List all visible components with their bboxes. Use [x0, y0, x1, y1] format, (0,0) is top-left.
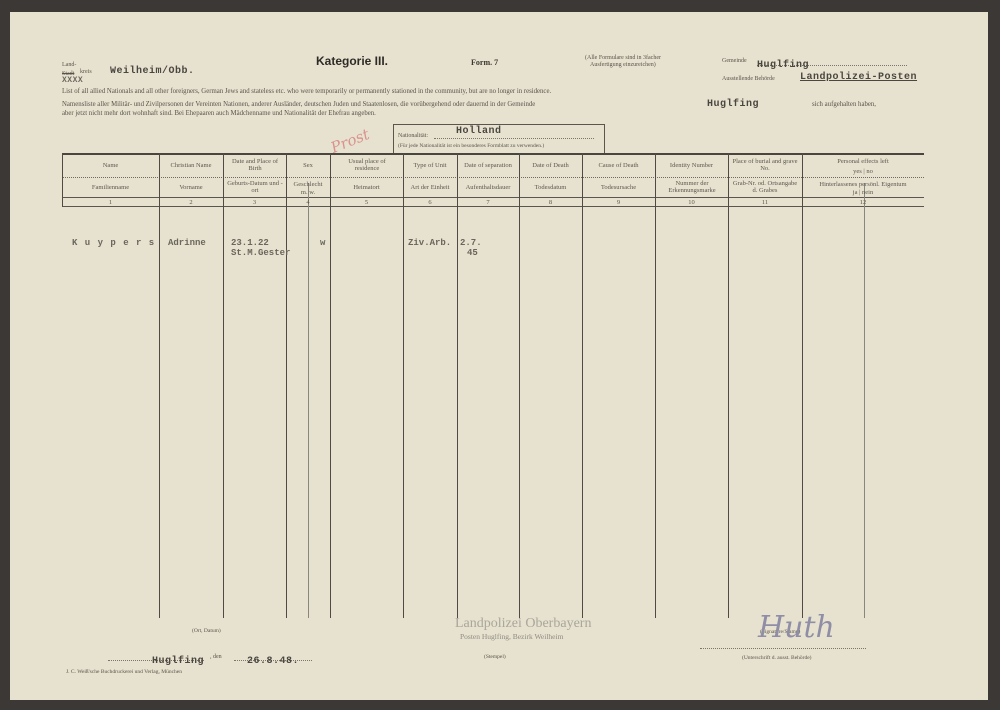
col-9-en: Cause of Death [582, 162, 655, 169]
stamp-line-1: Landpolizei Oberbayern [455, 616, 591, 632]
cell-date-line2: 45 [467, 248, 478, 258]
printer-imprint: J. C. Weiß'sche Buchdruckerei und Verlag… [66, 669, 182, 675]
col-7-en: Date of separation [457, 162, 519, 169]
col-12-num: 12 [802, 199, 924, 206]
gemeinde-value: Huglfing [757, 60, 809, 71]
intro-german-1-end: sich aufgehalten haben, [812, 101, 876, 108]
landkreis-overtype: XXXX [62, 76, 83, 85]
col-11-num: 11 [728, 199, 802, 206]
col-5-de: Heimatort [330, 184, 403, 191]
col-12-de: Hinterlassenes persönl. Eigentum [802, 181, 924, 188]
col-1-de: Familienname [62, 184, 159, 191]
copies-note-1: (Alle Formulare sind in 3facher [585, 55, 661, 61]
register-table: Name Familienname 1 Christian Name Vorna… [62, 153, 924, 618]
col-10-num: 10 [655, 199, 728, 206]
col-border-6 [457, 153, 458, 618]
cell-sex: w [320, 238, 325, 248]
col-6-num: 6 [403, 199, 457, 206]
col-3-de: Geburts-Datum und -ort [227, 180, 283, 194]
stamp-label: (Stempel) [484, 654, 506, 660]
cell-name: K u y p e r s [72, 238, 155, 248]
cell-birth-place: St.M.Gester [231, 248, 290, 258]
table-number-row-bottom [62, 206, 924, 207]
landkreis-label-kreis: kreis [80, 69, 92, 75]
col-9-num: 9 [582, 199, 655, 206]
col-border-1 [159, 153, 160, 618]
col-10-de: Nummer der Erkennungsmarke [662, 180, 722, 194]
place-field: Huglfing [108, 650, 204, 661]
nationality-value: Holland [456, 126, 502, 137]
place-date-label: (Ort, Datum) [192, 628, 221, 634]
col-border-11 [802, 153, 803, 618]
cell-unit: Ziv.Arb. [408, 238, 451, 248]
cell-birth-date: 23.1.22 [231, 238, 269, 248]
nationality-label: Nationalität: [398, 133, 428, 139]
col-2-de: Vorname [159, 184, 223, 191]
col-5-num: 5 [330, 199, 403, 206]
col-border-2 [223, 153, 224, 618]
col-border-5 [403, 153, 404, 618]
nationality-box: Nationalität: Holland (Für jede National… [393, 124, 605, 154]
col-6-en: Type of Unit [403, 162, 457, 169]
col-2-num: 2 [159, 199, 223, 206]
col-border-10 [728, 153, 729, 618]
stamp-line-2: Posten Huglfing, Bezirk Weilheim [460, 632, 563, 641]
intro-gemeinde-value: Huglfing [707, 99, 759, 110]
nationality-dotline [434, 138, 594, 139]
col-border-12-mid [864, 183, 865, 618]
col-3-num: 3 [223, 199, 286, 206]
col-1-num: 1 [62, 199, 159, 206]
nationality-note: (Für jede Nationalität ist ein besondere… [398, 143, 544, 149]
header-dotted-separator [62, 177, 924, 178]
col-7-de: Aufenthaltsdauer [457, 184, 519, 191]
signature: Huth [758, 610, 835, 645]
signature-line [700, 648, 866, 649]
gemeinde-field: Huglfing [757, 54, 907, 66]
col-3-en: Date and Place of Birth [227, 158, 283, 172]
table-header-bottom [62, 197, 924, 198]
cell-date-line1: 2.7. [460, 238, 482, 248]
col-8-en: Date of Death [519, 162, 582, 169]
col-10-en: Identity Number [655, 162, 728, 169]
signature-caption: (Unterschrift d. ausst. Behörde) [742, 655, 812, 661]
col-border-3 [286, 153, 287, 618]
form-number: Form. 7 [471, 58, 498, 67]
col-4-en: Sex [286, 162, 330, 169]
form-title: Kategorie III. [316, 54, 388, 68]
table-top-border [62, 153, 924, 155]
col-11-en: Place of burial and grave No. [732, 158, 798, 172]
behoerde-value: Landpolizei-Posten [800, 72, 917, 83]
landkreis-value: Weilheim/Obb. [110, 66, 195, 77]
intro-german-2: aber jetzt nicht mehr dort wohnhaft sind… [62, 110, 376, 117]
col-4-de: Geschlecht [286, 181, 330, 188]
col-8-de: Todesdatum [519, 184, 582, 191]
col-6-de: Art der Einheit [403, 184, 457, 191]
cell-christian-name: Adrinne [168, 238, 206, 248]
col-12-de-sub: ja | nein [802, 189, 924, 196]
col-5-en: Usual place of residence [342, 158, 392, 172]
col-1-en: Name [62, 162, 159, 169]
copies-note-2: Ausfertigung einzureichen) [590, 62, 656, 68]
col-4-num: 4 [286, 199, 330, 206]
den-label: , den [210, 654, 222, 660]
intro-english: List of all allied Nationals and all oth… [62, 88, 551, 95]
date-value: 26.8.48. [247, 656, 299, 667]
col-12-en: Personal effects left [802, 158, 924, 165]
col-border-4 [330, 153, 331, 618]
landkreis-label-top: Land- [62, 62, 76, 68]
col-12-en-sub: yes | no [802, 168, 924, 175]
intro-german-1: Namensliste aller Militär- und Zivilpers… [62, 101, 535, 108]
col-11-de: Grab-Nr. od. Ortsangabe d. Grabes [732, 180, 798, 194]
col-9-de: Todesursache [582, 184, 655, 191]
col-7-num: 7 [457, 199, 519, 206]
col-border-7 [519, 153, 520, 618]
col-4-sub: m. w. [286, 189, 330, 196]
gemeinde-label: Gemeinde [722, 58, 747, 64]
col-border-9 [655, 153, 656, 618]
behoerde-label: Ausstellende Behörde [722, 76, 775, 82]
col-2-en: Christian Name [159, 162, 223, 169]
date-field: 26.8.48. [234, 650, 312, 661]
col-border-4-mid [308, 183, 309, 618]
place-value: Huglfing [152, 656, 204, 667]
col-border-8 [582, 153, 583, 618]
col-8-num: 8 [519, 199, 582, 206]
